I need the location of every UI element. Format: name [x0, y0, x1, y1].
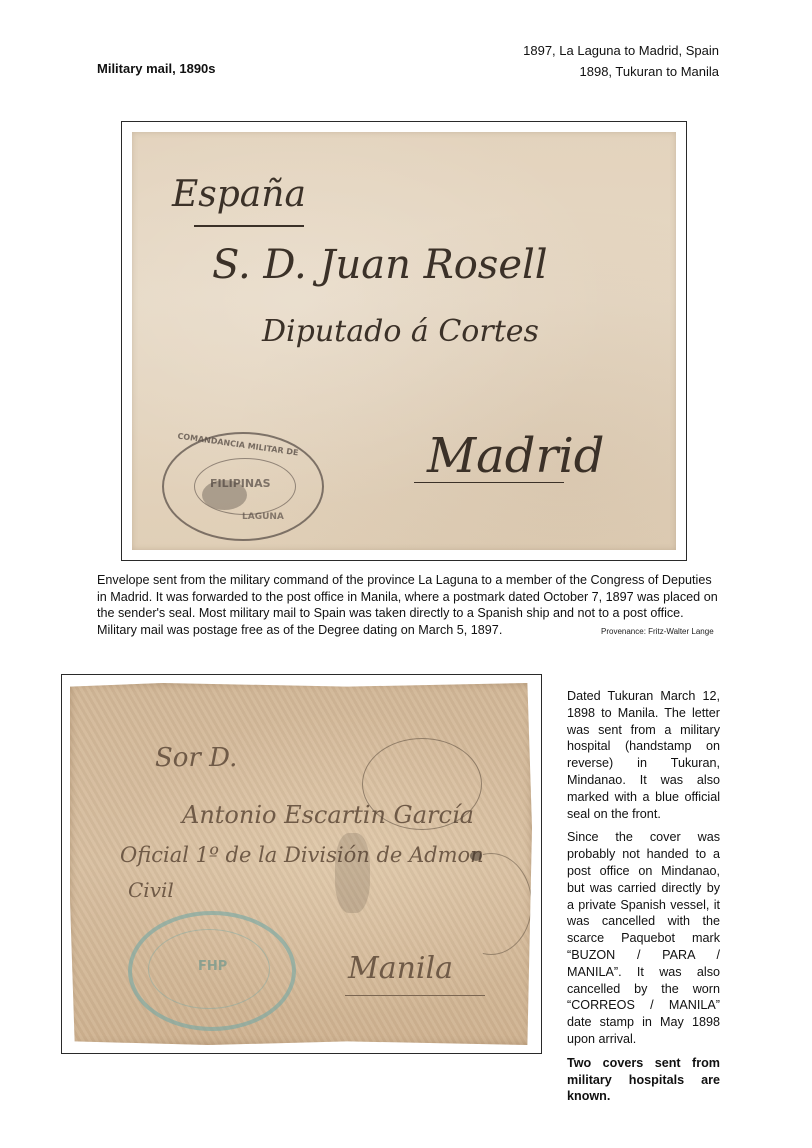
correos-manila-datestamp [450, 853, 532, 955]
blue-seal-inner-text: FHP [198, 959, 227, 974]
cover-1-description: Envelope sent from the military command … [97, 572, 719, 622]
route-1898: 1898, Tukuran to Manila [523, 61, 719, 82]
underline [194, 225, 304, 227]
routes-heading: 1897, La Laguna to Madrid, Spain 1898, T… [523, 40, 719, 82]
cover-2-frame: Sor D. Antonio Escartin García Oficial 1… [61, 674, 542, 1054]
cover-2-envelope-image: Sor D. Antonio Escartin García Oficial 1… [70, 683, 532, 1045]
cover-1-frame: España S. D. Juan Rosell Diputado á Cort… [121, 121, 687, 561]
cover-2-description: Dated Tukuran March 12, 1898 to Manila. … [567, 688, 720, 1112]
underline [414, 482, 564, 483]
paquebot-mark [362, 738, 482, 830]
postmark-smudge [202, 480, 247, 510]
cover-1-handwriting-line-3: Diputado á Cortes [262, 314, 539, 349]
cover-1-handwriting-line-2: S. D. Juan Rosell [212, 242, 548, 288]
cover-1-note: Military mail was postage free as of the… [97, 623, 502, 637]
route-1897: 1897, La Laguna to Madrid, Spain [523, 40, 719, 61]
cover-1-handwriting-line-4: Madrid [427, 428, 605, 484]
cover-1-handwriting-line-1: España [172, 174, 306, 215]
cancellation-smudge [335, 833, 370, 913]
cover-2-handwriting-line-3: Oficial 1º de la División de Admon [120, 843, 484, 867]
cover-2-paragraph-1: Dated Tukuran March 12, 1898 to Manila. … [567, 688, 720, 822]
cover-2-handwriting-line-4: Civil [128, 878, 174, 902]
cover-2-handwriting-line-1: Sor D. [155, 743, 237, 773]
cover-2-paragraph-3: Two covers sent from military hospitals … [567, 1055, 720, 1105]
cover-1-envelope-image: España S. D. Juan Rosell Diputado á Cort… [132, 132, 676, 550]
seal-bottom-text: LAGUNA [242, 512, 284, 522]
provenance: Provenance: Fritz-Walter Lange [601, 627, 714, 636]
underline [345, 995, 485, 996]
cover-2-handwriting-line-5: Manila [348, 951, 453, 986]
page-title: Military mail, 1890s [97, 61, 216, 76]
ink-blot [470, 851, 482, 861]
cover-2-paragraph-2: Since the cover was probably not handed … [567, 829, 720, 1047]
